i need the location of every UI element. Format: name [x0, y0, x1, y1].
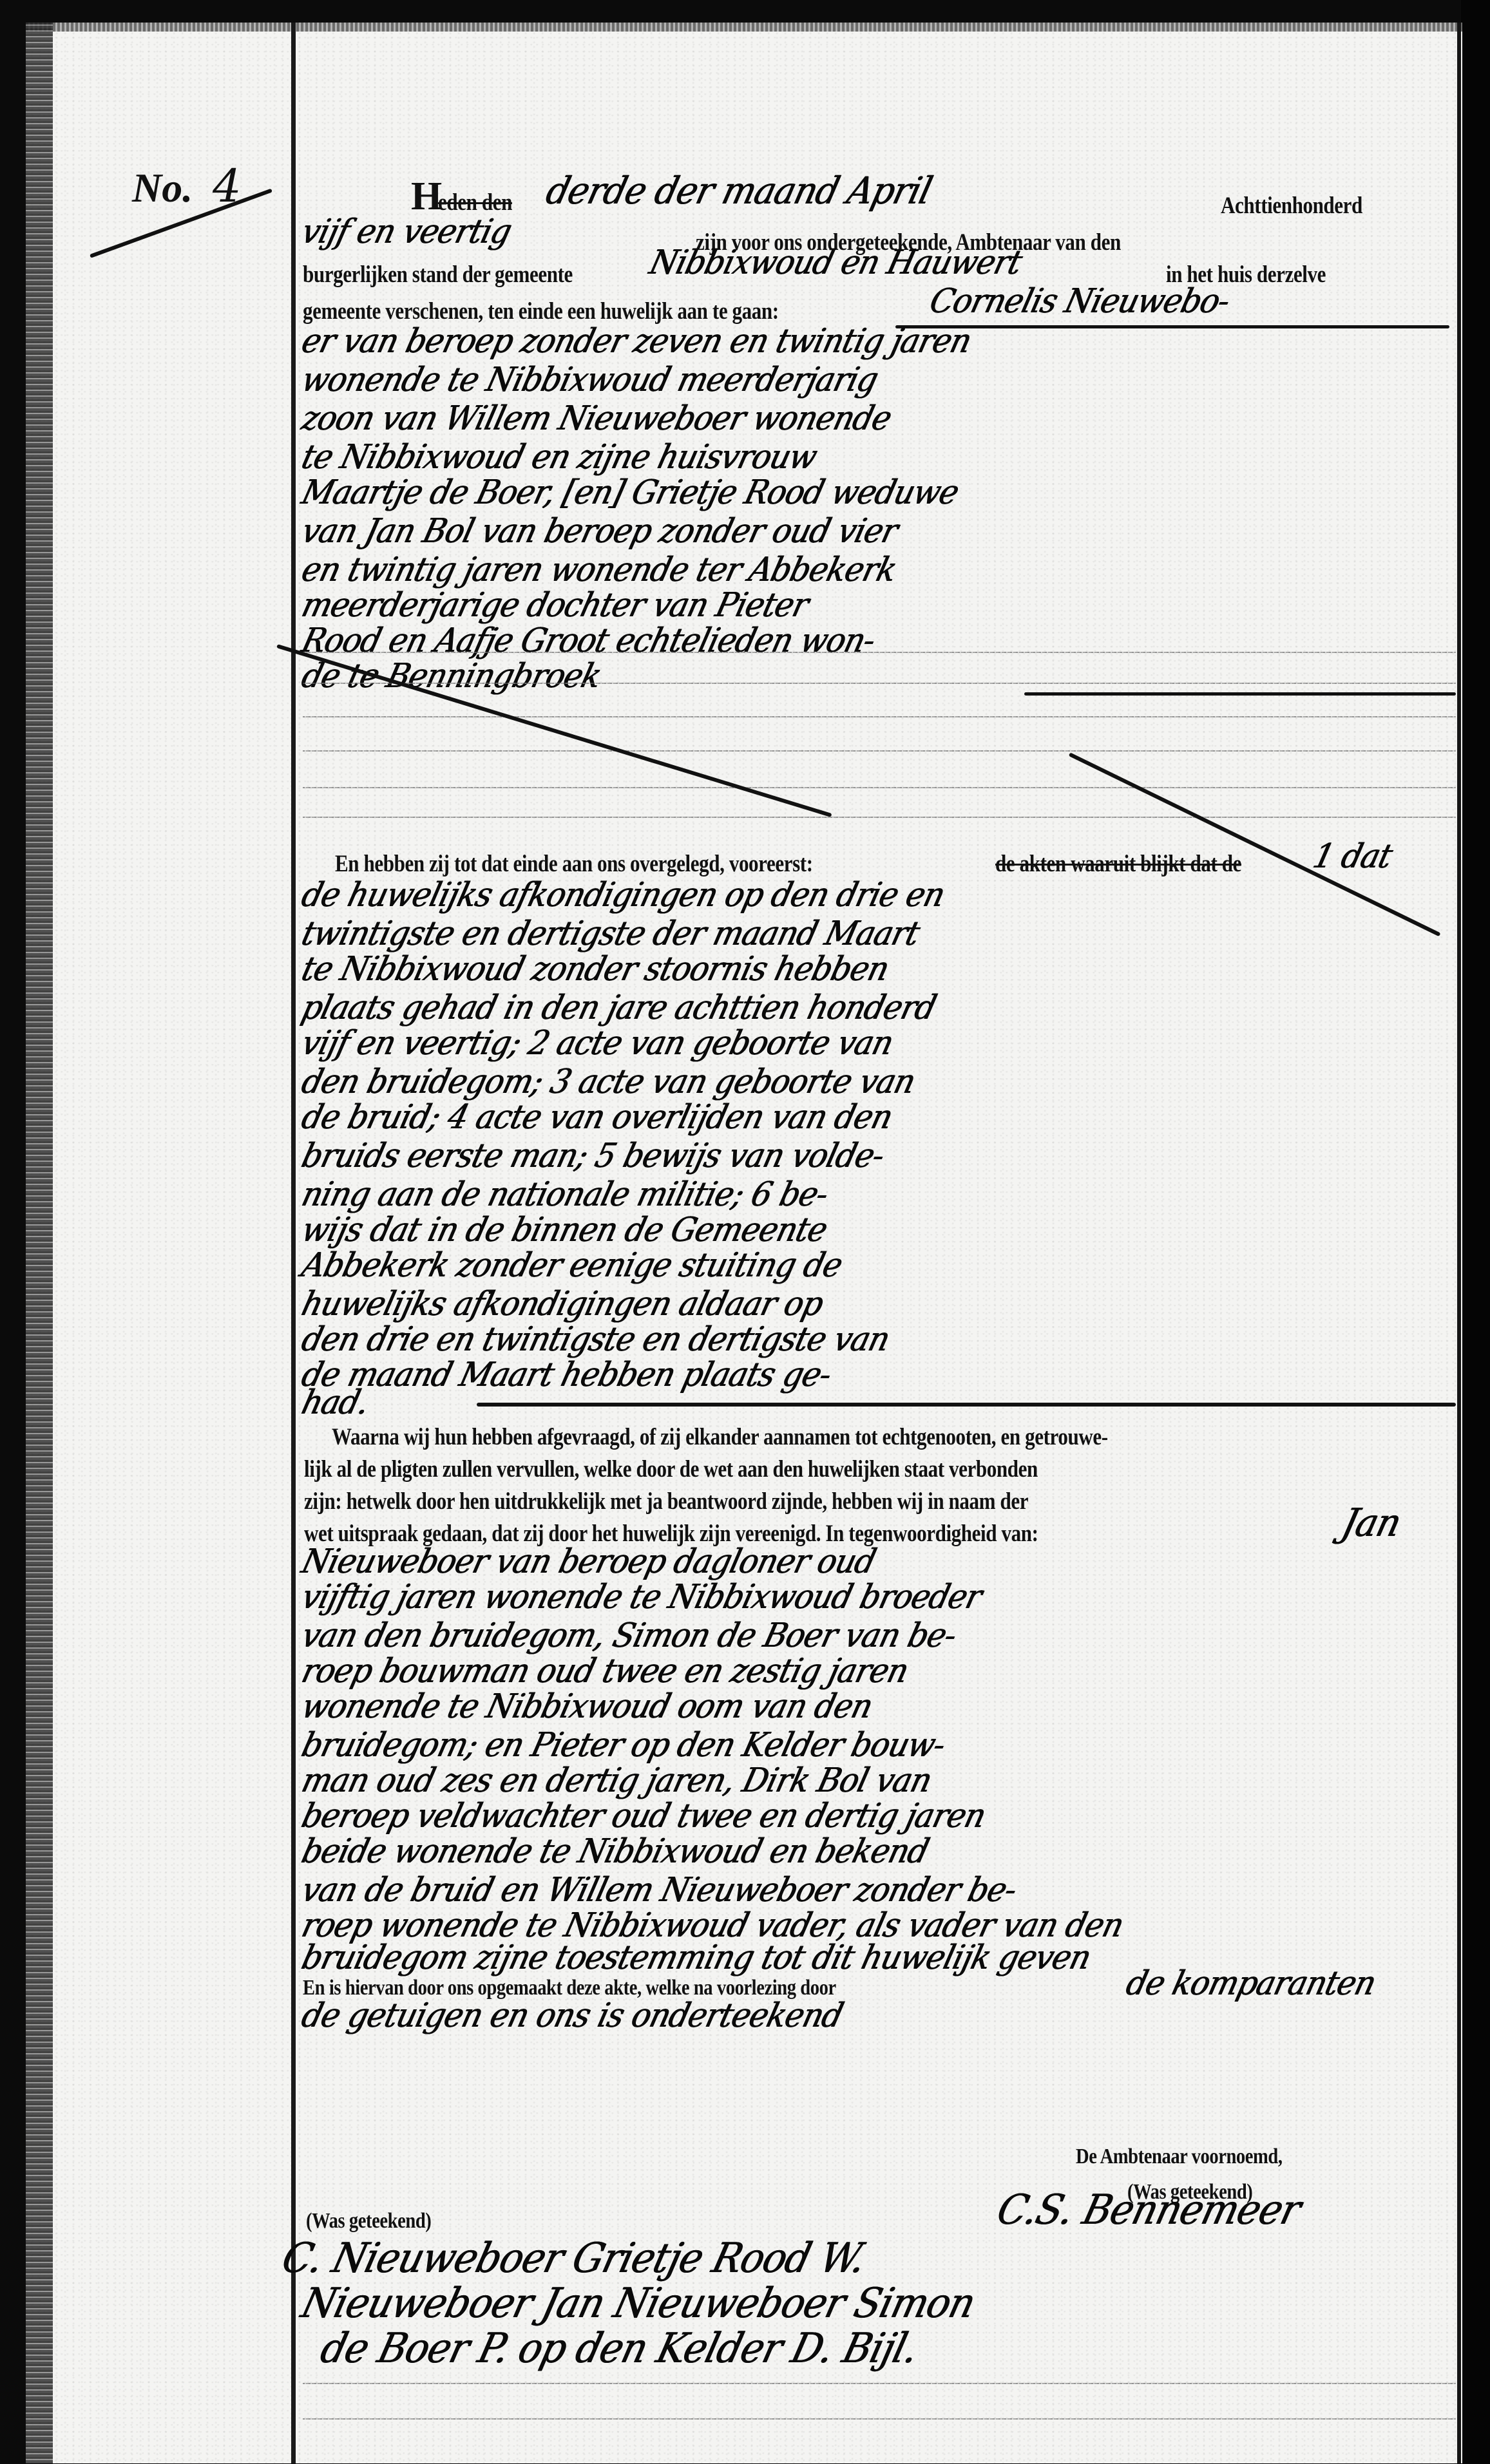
documents-line: den drie en twintigste en dertigste van: [298, 1320, 893, 1359]
witness-line: roep bouwman oud twee en zestig jaren: [298, 1652, 912, 1691]
blank-ruled-line: [303, 817, 1456, 818]
party-signature-line: Nieuweboer Jan Nieuweboer Simon: [297, 2280, 980, 2327]
blank-ruled-line: [303, 2418, 1456, 2420]
witness-line: vijftig jaren wonende te Nibbixwoud broe…: [298, 1578, 986, 1616]
consent-line: Waarna wij hun hebben afgevraagd, of zij…: [332, 1423, 1108, 1451]
documents-line: de huwelijks afkondigingen op den drie e…: [298, 876, 949, 915]
line-end-stroke: [477, 1403, 1456, 1407]
blank-ruled-line: [303, 750, 1456, 752]
scan-edge-shadow: [1461, 0, 1490, 2464]
official-signature: C.S. Bennemeer: [993, 2186, 1305, 2234]
witness-line: beide wonende te Nibbixwoud en bekend: [298, 1832, 933, 1871]
right-rule: [1457, 23, 1461, 2463]
documents-line: twintigste en dertigste der maand Maart: [298, 915, 924, 953]
margin-rule: [291, 23, 296, 2463]
documents-line: plaats gehad in den jare achttien honder…: [298, 989, 940, 1027]
documents-line: bruids eerste man; 5 bewijs van volde-: [298, 1137, 888, 1175]
parties-line: Maartje de Boer, [en] Grietje Rood weduw…: [298, 473, 963, 512]
witness-line: bruidegom zijne toestemming tot dit huwe…: [298, 1938, 1095, 1977]
documents-line: te Nibbixwoud zonder stoornis hebben: [298, 950, 893, 989]
blank-ruled-line: [303, 652, 1456, 653]
hand-groom-start: Cornelis Nieuwebo-: [926, 282, 1234, 321]
page-left-edge: [26, 23, 53, 2463]
witness-line: Nieuweboer van beroep dagloner oud: [298, 1542, 880, 1581]
documents-line: Abbekerk zonder eenige stuiting de: [298, 1246, 846, 1285]
blank-ruled-line: [303, 2383, 1456, 2384]
parties-line: van Jan Bol van beroep zonder oud vier: [298, 512, 902, 551]
hand-municipality: Nibbixwoud en Hauwert: [646, 243, 1026, 282]
parties-line: Rood en Aafje Groot echtelieden won-: [298, 621, 879, 660]
party-signature-line: C. Nieuweboer Grietje Rood W.: [278, 2235, 870, 2282]
documents-line: den bruidegom; 3 acte van geboorte van: [298, 1063, 919, 1101]
parties-line: wonende te Nibbixwoud meerderjarig: [298, 361, 882, 399]
witness-line: wonende te Nibbixwoud oom van den: [298, 1687, 877, 1726]
documents-struck: de akten waaruit blijkt dat de: [995, 850, 1241, 878]
line-end-stroke: [1024, 692, 1456, 696]
documents-line: 1 dat: [1310, 837, 1396, 876]
documents-line: ning aan de nationale militie; 6 be-: [298, 1175, 832, 1214]
printed-line-3a: burgerlijken stand der gemeente: [303, 261, 573, 289]
blank-ruled-line: [303, 716, 1456, 717]
party-signature-line: de Boer P. op den Kelder D. Bijl.: [316, 2325, 923, 2373]
parties-signed-label: (Was geteekend): [306, 2209, 431, 2233]
parties-line: meerderjarige dochter van Pieter: [298, 586, 812, 625]
blank-ruled-line: [303, 683, 1456, 684]
parties-line: te Nibbixwoud en zijne huisvrouw: [298, 438, 821, 477]
consent-line: lijk al de pligten zullen vervullen, wel…: [304, 1455, 1038, 1483]
record-number-label: No.: [132, 164, 193, 212]
hand-year: vijf en veertig: [298, 213, 515, 251]
witness-start: Jan: [1337, 1501, 1405, 1546]
witness-line: bruidegom; en Pieter op den Kelder bouw-: [298, 1726, 950, 1765]
consent-line: zijn: hetwelk door hen uitdrukkelijk met…: [304, 1488, 1028, 1515]
documents-line: wijs dat in de binnen de Gemeente: [298, 1211, 831, 1249]
printed-line-4: gemeente verschenen, ten einde een huwel…: [303, 298, 779, 325]
official-label: De Ambtenaar voornoemd,: [1076, 2145, 1283, 2169]
witness-line: van de bruid en Willem Nieuweboer zonder…: [298, 1871, 1020, 1910]
blank-ruled-line: [303, 787, 1456, 788]
parties-line: zoon van Willem Nieuweboer wonende: [298, 399, 895, 438]
documents-line: had.: [298, 1383, 373, 1422]
documents-line: huwelijks afkondigingen aldaar op: [298, 1285, 827, 1323]
page-top-edge: [26, 23, 1462, 32]
parties-line: de te Benningbroek: [298, 657, 606, 696]
witness-line: man oud zes en dertig jaren, Dirk Bol va…: [298, 1761, 936, 1800]
closing-hand: de komparanten: [1123, 1964, 1380, 2003]
underline-stroke: [895, 325, 1449, 328]
closing-final: de getuigen en ons is onderteekend: [298, 1996, 847, 2035]
hand-date: derde der maand April: [542, 169, 937, 213]
documents-line: de bruid; 4 acte van overlijden van den: [298, 1098, 897, 1137]
witness-line: van den bruidegom, Simon de Boer van be-: [298, 1616, 960, 1655]
documents-line: de maand Maart hebben plaats ge-: [298, 1356, 836, 1394]
parties-line: en twintig jaren wonende ter Abbekerk: [298, 551, 901, 589]
witness-line: beroep veldwachter oud twee en dertig ja…: [298, 1797, 989, 1835]
parties-line: er van beroep zonder zeven en twintig ja…: [298, 322, 975, 361]
documents-line: vijf en veertig; 2 acte van geboorte van: [298, 1024, 897, 1063]
printed-year-prefix: Achttienhonderd: [1221, 192, 1362, 220]
documents-intro: En hebben zij tot dat einde aan ons over…: [335, 850, 813, 878]
